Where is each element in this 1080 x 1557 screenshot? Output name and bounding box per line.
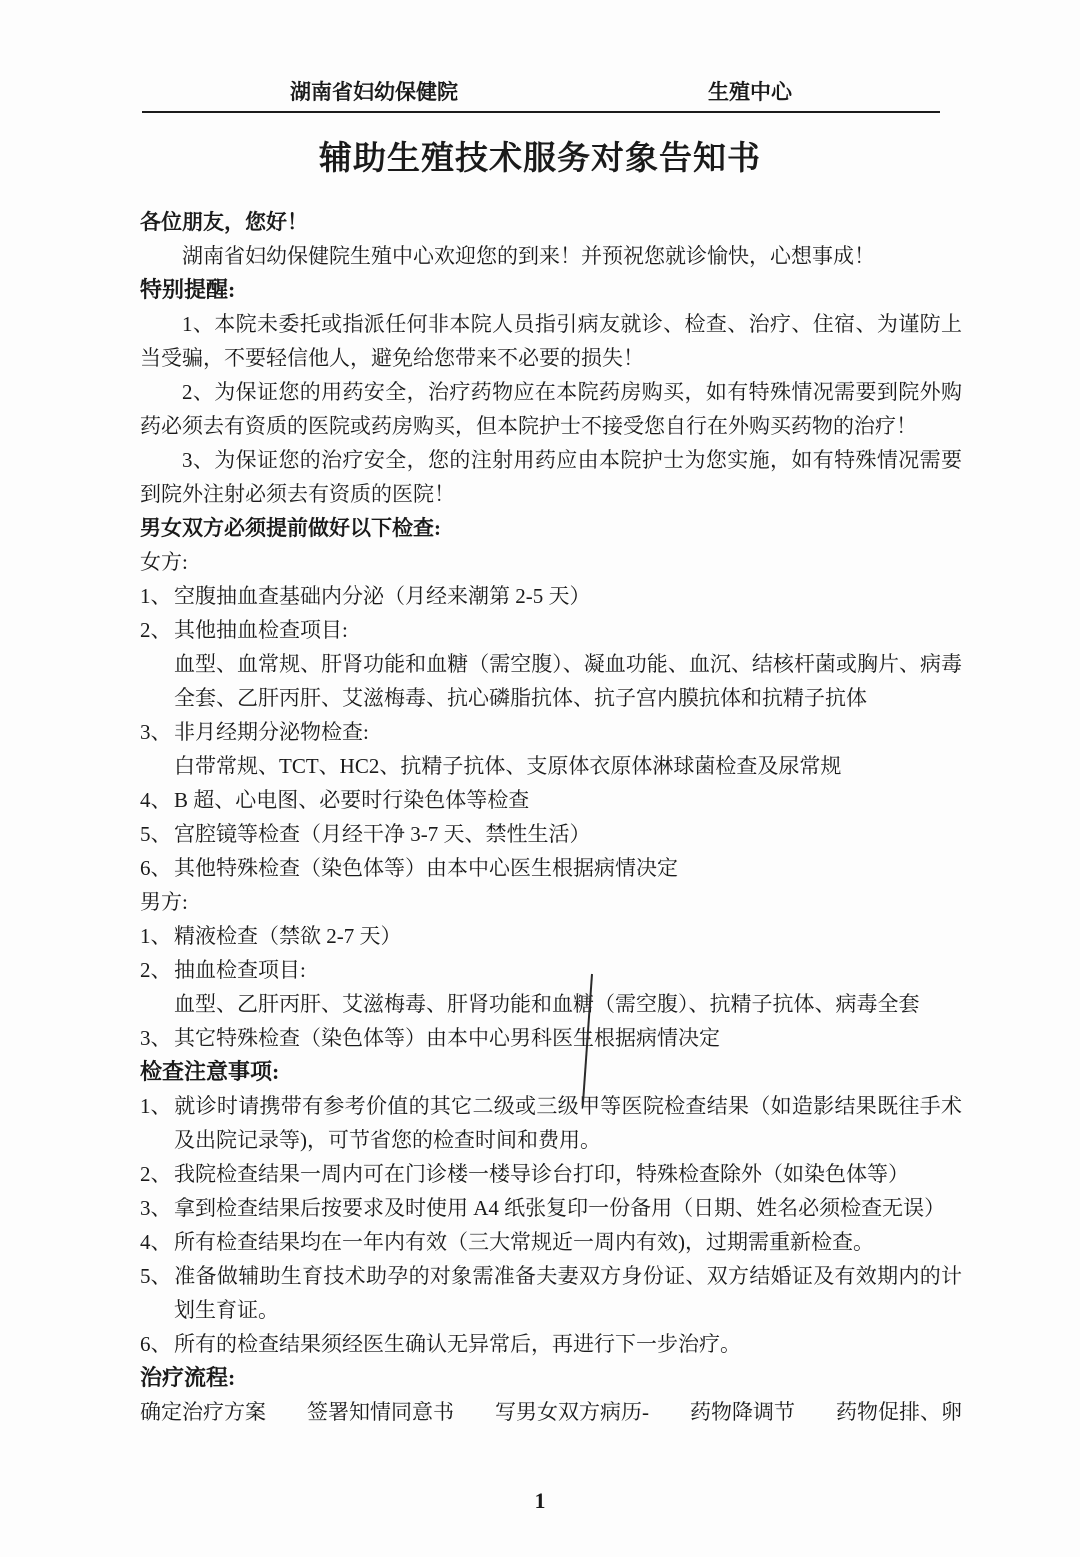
list-text: 准备做辅助生育技术助孕的对象需准备夫妻双方身份证、双方结婚证及有效期内的计划生育… (174, 1264, 962, 1322)
note-item-5: 5、准备做辅助生育技术助孕的对象需准备夫妻双方身份证、双方结婚证及有效期内的计划… (140, 1259, 962, 1327)
list-text: 拿到检查结果后按要求及时使用 A4 纸张复印一份备用（日期、姓名必须检查无误） (174, 1196, 945, 1220)
male-item-3: 3、其它特殊检查（染色体等）由本中心男科医生根据病情决定 (140, 1021, 962, 1055)
list-text: 就诊时请携带有参考价值的其它二级或三级甲等医院检查结果（如造影结果既往手术及出院… (174, 1094, 962, 1152)
note-item-2: 2、我院检查结果一周内可在门诊楼一楼导诊台打印，特殊检查除外（如染色体等） (140, 1157, 962, 1191)
female-item-1: 1、空腹抽血查基础内分泌（月经来潮第 2-5 天） (140, 579, 962, 613)
flow-step-3: 写男女双方病历- (495, 1395, 649, 1429)
list-text: 其它特殊检查（染色体等）由本中心男科医生根据病情决定 (174, 1026, 720, 1050)
header-hospital-name: 湖南省妇幼保健院 (290, 78, 458, 106)
male-item-1: 1、精液检查（禁欲 2-7 天） (140, 919, 962, 953)
list-number: 1、 (140, 579, 174, 613)
page-number: 1 (0, 1488, 1080, 1514)
list-number: 3、 (140, 1021, 174, 1055)
note-item-6: 6、所有的检查结果须经医生确认无异常后，再进行下一步治疗。 (140, 1327, 962, 1361)
list-text: 宫腔镜等检查（月经干净 3-7 天、禁性生活） (174, 822, 591, 846)
male-item-2: 2、抽血检查项目: (140, 953, 962, 987)
list-text: 其他抽血检查项目: (174, 618, 348, 642)
header-rule (142, 111, 940, 113)
list-number: 1、 (140, 919, 174, 953)
list-text: 其他特殊检查（染色体等）由本中心医生根据病情决定 (174, 856, 678, 880)
male-item-2-detail: 血型、乙肝丙肝、艾滋梅毒、肝肾功能和血糖（需空腹）、抗精子抗体、病毒全套 (140, 987, 962, 1021)
list-number: 3、 (140, 1191, 174, 1225)
note-item-1: 1、就诊时请携带有参考价值的其它二级或三级甲等医院检查结果（如造影结果既往手术及… (140, 1089, 962, 1157)
list-text: B 超、心电图、必要时行染色体等检查 (174, 788, 529, 812)
list-text: 空腹抽血查基础内分泌（月经来潮第 2-5 天） (174, 584, 591, 608)
female-item-3: 3、非月经期分泌物检查: (140, 715, 962, 749)
list-text: 我院检查结果一周内可在门诊楼一楼导诊台打印，特殊检查除外（如染色体等） (174, 1162, 909, 1186)
document-body: 各位朋友，您好！ 湖南省妇幼保健院生殖中心欢迎您的到来！并预祝您就诊愉快，心想事… (140, 205, 962, 1429)
notice-item-2: 2、为保证您的用药安全，治疗药物应在本院药房购买，如有特殊情况需要到院外购药必须… (140, 375, 962, 443)
female-item-2-detail: 血型、血常规、肝肾功能和血糖（需空腹）、凝血功能、血沉、结核杆菌或胸片、病毒全套… (140, 647, 962, 715)
female-item-4: 4、B 超、心电图、必要时行染色体等检查 (140, 783, 962, 817)
list-text: 所有的检查结果须经医生确认无异常后，再进行下一步治疗。 (174, 1332, 741, 1356)
list-text: 所有检查结果均在一年内有效（三大常规近一周内有效)，过期需重新检查。 (174, 1230, 874, 1254)
notice-item-3: 3、为保证您的治疗安全，您的注射用药应由本院护士为您实施，如有特殊情况需要到院外… (140, 443, 962, 511)
list-number: 6、 (140, 1327, 174, 1361)
document-title: 辅助生殖技术服务对象告知书 (0, 137, 1080, 181)
flow-step-1: 确定治疗方案 (140, 1395, 266, 1429)
list-number: 6、 (140, 851, 174, 885)
female-item-5: 5、宫腔镜等检查（月经干净 3-7 天、禁性生活） (140, 817, 962, 851)
list-text: 精液检查（禁欲 2-7 天） (174, 924, 402, 948)
flow-step-2: 签署知情同意书 (307, 1395, 454, 1429)
notes-heading: 检查注意事项: (140, 1055, 962, 1089)
document-page: 湖南省妇幼保健院 生殖中心 辅助生殖技术服务对象告知书 各位朋友，您好！ 湖南省… (0, 0, 1080, 1557)
list-number: 2、 (140, 953, 174, 987)
list-number: 4、 (140, 1225, 174, 1259)
flow-heading: 治疗流程: (140, 1361, 962, 1395)
list-number: 5、 (140, 1259, 174, 1293)
note-item-4: 4、所有检查结果均在一年内有效（三大常规近一周内有效)，过期需重新检查。 (140, 1225, 962, 1259)
page-header: 湖南省妇幼保健院 生殖中心 (0, 0, 1080, 106)
female-item-2: 2、其他抽血检查项目: (140, 613, 962, 647)
greeting-body: 湖南省妇幼保健院生殖中心欢迎您的到来！并预祝您就诊愉快，心想事成！ (140, 239, 962, 273)
list-text: 非月经期分泌物检查: (174, 720, 369, 744)
list-number: 5、 (140, 817, 174, 851)
flow-step-4: 药物降调节 (690, 1395, 795, 1429)
notice-item-1: 1、本院未委托或指派任何非本院人员指引病友就诊、检查、治疗、住宿、为谨防上当受骗… (140, 307, 962, 375)
treatment-flow-row: 确定治疗方案 签署知情同意书 写男女双方病历- 药物降调节 药物促排、卵 (140, 1395, 962, 1429)
greeting-heading: 各位朋友，您好！ (140, 205, 962, 239)
list-number: 4、 (140, 783, 174, 817)
header-department-name: 生殖中心 (708, 78, 792, 106)
list-number: 3、 (140, 715, 174, 749)
notice-heading: 特别提醒: (140, 273, 962, 307)
female-item-6: 6、其他特殊检查（染色体等）由本中心医生根据病情决定 (140, 851, 962, 885)
list-number: 1、 (140, 1089, 174, 1123)
female-item-3-detail: 白带常规、TCT、HC2、抗精子抗体、支原体衣原体淋球菌检查及尿常规 (140, 749, 962, 783)
note-item-3: 3、拿到检查结果后按要求及时使用 A4 纸张复印一份备用（日期、姓名必须检查无误… (140, 1191, 962, 1225)
list-text: 抽血检查项目: (174, 958, 306, 982)
exam-heading: 男女双方必须提前做好以下检查: (140, 511, 962, 545)
list-number: 2、 (140, 613, 174, 647)
female-section-heading: 女方: (140, 545, 962, 579)
male-section-heading: 男方: (140, 885, 962, 919)
flow-step-5: 药物促排、卵 (836, 1395, 962, 1429)
list-number: 2、 (140, 1157, 174, 1191)
